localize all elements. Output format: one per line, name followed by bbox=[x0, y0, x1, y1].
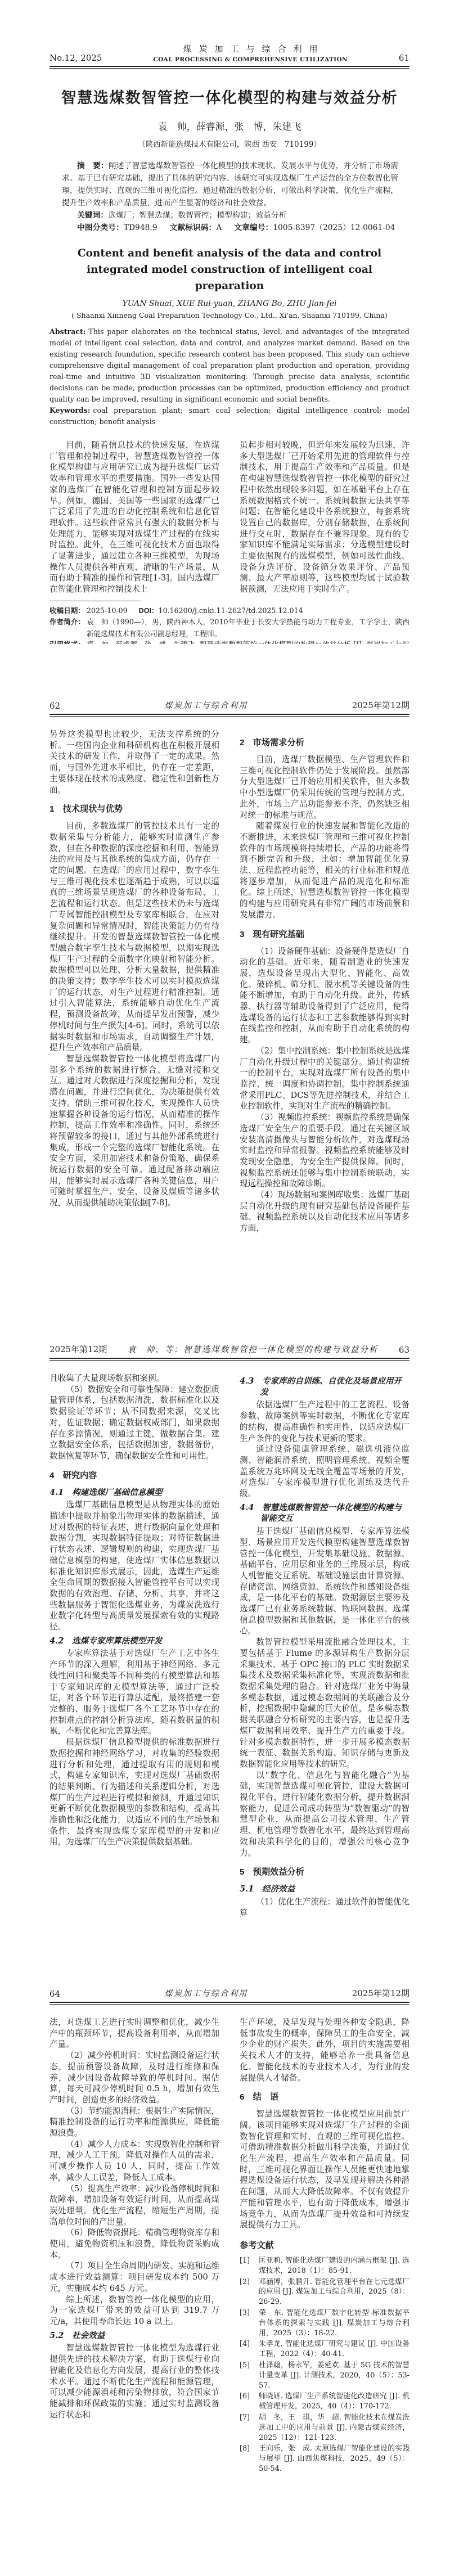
section-heading: 3 现有研究基础 bbox=[240, 928, 409, 940]
reference-text: 朱孝龙. 智能化选煤厂研究与建议 [J]. 中国设备工程，2022（4）：40-… bbox=[259, 2339, 409, 2359]
paragraph: 通过设备健康管理系统、磁选机液位监测、智能润滑系统、照明管理系统、视频全覆盖系统… bbox=[240, 1444, 409, 1499]
reference-number: [5] bbox=[240, 2361, 259, 2390]
footnote-bio: 作者简介：袁 帅（1990—），男，陕西神木人，2010年毕业于长安大学热能与动… bbox=[49, 616, 409, 639]
abstract-text: 阐述了智慧选煤数智管控一体化模型的技术现状、发展水平与优势，并分析了市场需求。基… bbox=[62, 161, 398, 208]
paragraph: 数智管控模型采用流批融合处理技术，主要包括基于 Flume 的多源异构生产数据分… bbox=[240, 1637, 409, 1769]
bio-text: 袁 帅（1990—），男，陕西神木人，2010年毕业于长安大学热能与动力工程专业… bbox=[87, 618, 409, 638]
journal-article-scan: No.12, 2025 煤炭加工与综合利用 COAL PROCESSING & … bbox=[0, 0, 459, 2576]
footnote-block: 收稿日期：2025-10-09DOI：10.16200/j.cnki.11-26… bbox=[49, 605, 409, 644]
reference-item: [6]师晓妍. 选煤厂生产系统智能化改造研究 [J]. 机械管理开发，2025，… bbox=[240, 2392, 409, 2412]
keywords-en-label: Keywords: bbox=[49, 406, 90, 415]
page-3: 2025年第12期 袁 帅，等：智慧选煤数智管控一体化模型的构建与效益分析 63… bbox=[0, 1288, 459, 1932]
section-heading: 参考文献 bbox=[240, 2239, 409, 2251]
issue-number: No.12, 2025 bbox=[49, 53, 102, 63]
reference-text: 荣 东. 智能化选煤厂数字化转型-标准数据平台体系的探索与实践 [J]. 煤炭加… bbox=[259, 2308, 409, 2338]
page-number: 63 bbox=[399, 1345, 409, 1355]
reference-item: [3]荣 东. 智能化选煤厂数字化转型-标准数据平台体系的探索与实践 [J]. … bbox=[240, 2308, 409, 2338]
section-heading: 2 市场需求分析 bbox=[240, 736, 409, 748]
keywords-text: 选煤厂；智慧选煤；数智管控；模型构建；效益分析 bbox=[108, 211, 286, 220]
article-id-label: 文章编号： bbox=[234, 223, 273, 232]
reference-item: [5]杜泽翰，杨永军，姜延欢. 基于 5G 技术的智慧计量变革 [J]. 计测技… bbox=[240, 2361, 409, 2390]
reference-item: [4]朱孝龙. 智能化选煤厂研究与建议 [J]. 中国设备工程，2022（4）：… bbox=[240, 2339, 409, 2359]
journal-header: No.12, 2025 煤炭加工与综合利用 COAL PROCESSING & … bbox=[49, 0, 409, 63]
paragraph: （6）降低物资损耗：精确管理物资库存和使用，避免物资积压和浪费，降低物资采购成本… bbox=[49, 2227, 219, 2260]
clc-label: 中图分类号： bbox=[77, 223, 124, 232]
journal-masthead: 煤炭加工与综合利用 COAL PROCESSING & COMPREHENSIV… bbox=[102, 43, 398, 63]
paragraph: 选煤厂基础信息模型是从物理实体的原始描述中提取并抽象出物理实体的数据描述，通过对… bbox=[49, 1499, 219, 1632]
affiliation-cn: （陕西新能选煤技术有限公司，陕西 西安 710199） bbox=[49, 138, 409, 149]
clc-line: 中图分类号：TD948.9文献标识码：A文章编号：1005-8397（2025）… bbox=[62, 222, 398, 234]
received-date: 2025-10-09 bbox=[87, 606, 128, 615]
received-label: 收稿日期： bbox=[49, 606, 87, 617]
header-rule bbox=[49, 714, 409, 717]
paragraph: （5）提高生产效率：减少设备停机时间和故障率，增加设备有效运行时间，从而提高煤炭… bbox=[49, 2183, 219, 2228]
section-heading: 4 研究内容 bbox=[49, 1469, 219, 1481]
subsection-heading: 4.1 构建选煤厂基础信息模型 bbox=[49, 1487, 219, 1498]
body-columns: 且收集了大量现场数据和案例。（5）数据安全和可靠性保障：建立数据质量管理体系，包… bbox=[49, 1373, 409, 1919]
footnote-citation: 引用格式：袁 帅，薛睿源，张 博，朱建飞. 智慧选煤数智管控一体化模型的构建与效… bbox=[49, 639, 409, 644]
paragraph: （1）设备硬件基础：设备硬件是选煤厂自动化的基础。近年来，随着制造业的快速发展，… bbox=[240, 946, 409, 1046]
paragraph: （4）现场数据和案例库收集：选煤厂基础层自动化升级的现有研究基础包括设备硬件基础… bbox=[240, 1190, 409, 1234]
paragraph: 另外这类模型也比较少，无法支撑系统的分析。一些国内企业和科研机构也在积极开展相关… bbox=[49, 729, 219, 795]
page-4: 64 煤炭加工与综合利用 2025年第12期 法，对选煤工艺进行实时调整和优化，… bbox=[0, 1932, 459, 2576]
section-heading: 1 技术现状与优势 bbox=[49, 803, 219, 814]
keywords-label: 关键词： bbox=[77, 211, 108, 219]
reference-text: 胡 冬，王 琪，华 超. 智能化技术在煤炭洗选加工中的应用与前景 [J]. 内蒙… bbox=[259, 2413, 409, 2443]
column-right: 4.3 专家库的自训练、自优化及场景应用开发依据选煤厂生产过程中的工艺流程、设备… bbox=[240, 1373, 409, 1919]
bio-label: 作者简介： bbox=[49, 617, 87, 628]
paragraph: 智慧选煤数智管控一体化模型为选煤行业提供先进的技术解决方案，有助于选煤行业向智能… bbox=[49, 2343, 219, 2420]
column-left: 且收集了大量现场数据和案例。（5）数据安全和可靠性保障：建立数据质量管理体系，包… bbox=[49, 1373, 219, 1919]
paragraph: （1）优化生产流程：通过软件的智能优化算 bbox=[240, 1897, 409, 1919]
abstract-cn-block: 摘 要：阐述了智慧选煤数智管控一体化模型的技术现状、发展水平与优势，并分析了市场… bbox=[62, 160, 398, 234]
column-left: 目前，随着信息技术的快速发展，在选煤厂管理和控制过程中，智慧选煤数智管控一体化模… bbox=[49, 440, 219, 595]
journal-title-en: COAL PROCESSING & COMPREHENSIVE UTILIZAT… bbox=[102, 56, 398, 63]
paragraph: （5）数据安全和可靠性保障：建立数据质量管理体系，包括数据清洗，数据标准化以及数… bbox=[49, 1384, 219, 1462]
paragraph: （3）节约能源消耗：根据生产实际情况，精准控制设备的运行功率和能源供应，降低能源… bbox=[49, 2106, 219, 2139]
paragraph: 基于选煤厂基础信息模型、专家库算法模型、场景应用开发迭代模型构建智慧选煤数智管控… bbox=[240, 1526, 409, 1637]
issue-cn: 2025年第12期 bbox=[49, 1343, 107, 1355]
column-left: 另外这类模型也比较少，无法支撑系统的分析。一些国内企业和科研机构也在积极开展相关… bbox=[49, 729, 219, 1234]
english-front-matter: Content and benefit analysis of the data… bbox=[49, 245, 409, 427]
reference-number: [8] bbox=[240, 2444, 259, 2474]
paragraph: 专家库算法基于对选煤厂生产工艺中各生产环节的深入理解，利用基于神经网络、多元线性… bbox=[49, 1648, 219, 1737]
column-right: 生产环境，及早发现与处理各种安全隐患，降低事故发生的概率，保障员工的生命安全，减… bbox=[240, 2017, 409, 2475]
reference-text: 王向乐，张 成. 太原选煤厂智能化建设的实践与展望 [J]. 山西焦煤科技，20… bbox=[259, 2444, 409, 2474]
paragraph: 智慧选煤数智管控一体化模型将选煤厂内部多个系统的数据进行整合、无缝对接和交互。通… bbox=[49, 1053, 219, 1209]
paragraph: （2）集中控制系统：集中控制系统是选煤厂自动化升级过程中的关键部分。通过构建统一… bbox=[240, 1046, 409, 1112]
article-title-cn: 智慧选煤数智管控一体化模型的构建与效益分析 bbox=[49, 85, 409, 107]
subsection-heading: 4.2 选煤专家库算法模型开发 bbox=[49, 1636, 219, 1647]
column-left: 法，对选煤工艺进行实时调整和优化，减少生产中的瓶颈环节，提高设备利用率，从而增加… bbox=[49, 2017, 219, 2475]
header-rule bbox=[49, 1358, 409, 1361]
body-columns: 法，对选煤工艺进行实时调整和优化，减少生产中的瓶颈环节，提高设备利用率，从而增加… bbox=[49, 2017, 409, 2475]
paragraph: 依据选煤厂生产过程中的工艺流程、设备参数、故障案例等实时数据，不断优化专家库的结… bbox=[240, 1399, 409, 1444]
keywords-en-text: coal preparation plant; smart coal selec… bbox=[49, 406, 409, 426]
paragraph: 随着煤炭行业的快速发展和智能化改造的不断推进，未来选煤厂管理和三维可视化控制软件… bbox=[240, 821, 409, 920]
reference-item: [1]匡亚莉. 智能化选煤厂建设的内涵与框架 [J]. 选煤技术，2018（1）… bbox=[240, 2256, 409, 2276]
column-right: 2 市场需求分析目前，选煤厂数据模型、生产管理软件和三维可视化控制软件仍处于发展… bbox=[240, 729, 409, 1234]
abstract-en-text: This paper elaborates on the technical s… bbox=[49, 327, 409, 403]
abstract-label: 摘 要： bbox=[77, 161, 109, 170]
article-id-value: 1005-8397（2025）12-0061-04 bbox=[273, 223, 395, 232]
header-rule bbox=[49, 66, 409, 69]
subsection-heading: 4.4 智慧选煤数智管控一体化模型的构建与智能交互 bbox=[240, 1502, 409, 1524]
journal-title-cn: 煤炭加工与综合利用 bbox=[60, 1987, 352, 1999]
reference-number: [4] bbox=[240, 2339, 259, 2359]
doc-code-label: 文献标识码： bbox=[170, 223, 217, 232]
paragraph: 法，对选煤工艺进行实时调整和优化，减少生产中的瓶颈环节，提高设备利用率，从而增加… bbox=[49, 2017, 219, 2050]
citation-label: 引用格式： bbox=[49, 640, 87, 644]
citation-text: 袁 帅，薛睿源，张 博，朱建飞. 智慧选煤数智管控一体化模型的构建与效益分析 [… bbox=[87, 640, 409, 644]
reference-item: [2]邓涵博，张鹏升. 智能化管理平台在七元选煤厂的应用 [J]. 煤炭加工与综… bbox=[240, 2277, 409, 2307]
paragraph: 虽起步相对较晚，但近年来发展较为迅速，许多大型选煤厂已开始采用先进的管理软件与控… bbox=[240, 440, 409, 595]
reference-number: [3] bbox=[240, 2308, 259, 2338]
paragraph: （7）项目全生命周期内研发、实施和运维成本进行效益测算：项目研发成本约 500 … bbox=[49, 2260, 219, 2294]
authors-cn: 袁 帅，薛睿源，张 博，朱建飞 bbox=[49, 119, 409, 133]
reference-number: [6] bbox=[240, 2392, 259, 2412]
reference-number: [2] bbox=[240, 2277, 259, 2307]
journal-title-cn: 煤炭加工与综合利用 bbox=[60, 699, 352, 711]
page-number: 61 bbox=[399, 53, 409, 63]
abstract-en: Abstract:This paper elaborates on the te… bbox=[49, 326, 409, 405]
issue-cn: 2025年第12期 bbox=[352, 699, 409, 711]
journal-title-cn: 煤炭加工与综合利用 bbox=[102, 43, 398, 55]
authors-en: YUAN Shuai, XUE Rui-yuan, ZHANG Bo, ZHU … bbox=[49, 299, 409, 308]
page-number: 62 bbox=[49, 701, 60, 711]
reference-text: 杜泽翰，杨永军，姜延欢. 基于 5G 技术的智慧计量变革 [J]. 计测技术，2… bbox=[259, 2361, 409, 2390]
page-1: No.12, 2025 煤炭加工与综合利用 COAL PROCESSING & … bbox=[0, 0, 459, 644]
reference-item: [7]胡 冬，王 琪，华 超. 智能化技术在煤炭洗选加工中的应用与前景 [J].… bbox=[240, 2413, 409, 2443]
paragraph: 目前，选煤厂数据模型、生产管理软件和三维可视化控制软件仍处于发展阶段。虽然部分大… bbox=[240, 754, 409, 821]
reference-item: [8]王向乐，张 成. 太原选煤厂智能化建设的实践与展望 [J]. 山西焦煤科技… bbox=[240, 2444, 409, 2474]
reference-number: [7] bbox=[240, 2413, 259, 2443]
subsection-heading: 5.2 社会效益 bbox=[49, 2330, 219, 2341]
paragraph: 以“数字化、信息化与智能化融合”为基础，实现智慧选煤可视化管控，建设大数据可视化… bbox=[240, 1770, 409, 1859]
clc-value: TD948.9 bbox=[124, 223, 157, 232]
column-right: 虽起步相对较晚，但近年来发展较为迅速，许多大型选煤厂已开始采用先进的管理软件与控… bbox=[240, 440, 409, 595]
keywords-cn: 关键词：选煤厂；智慧选煤；数智管控；模型构建；效益分析 bbox=[62, 209, 398, 222]
paragraph: 目前，多数选煤厂的管控技术具有一定的数据采集与分析能力，能够实时监测生产参数，但… bbox=[49, 821, 219, 1053]
subsection-heading: 5.1 经济效益 bbox=[240, 1884, 409, 1895]
paragraph: 生产环境，及早发现与处理各种安全隐患，降低事故发生的概率，保障员工的生命安全，减… bbox=[240, 2017, 409, 2083]
abstract-en-label: Abstract: bbox=[49, 327, 85, 336]
reference-number: [1] bbox=[240, 2256, 259, 2276]
journal-header: 64 煤炭加工与综合利用 2025年第12期 bbox=[49, 1932, 409, 1999]
paragraph: 且收集了大量现场数据和案例。 bbox=[49, 1373, 219, 1384]
paragraph: （2）减少停机时间：实时监测设备运行状态，提前预警设备故障，及时进行维修和保养，… bbox=[49, 2050, 219, 2106]
paragraph: （3）视频监控系统：视频监控系统是确保选煤厂安全生产的重要手段。通过在关键区域安… bbox=[240, 1112, 409, 1190]
body-columns: 目前，随着信息技术的快速发展，在选煤厂管理和控制过程中，智慧选煤数智管控一体化模… bbox=[49, 440, 409, 595]
body-columns: 另外这类模型也比较少，无法支撑系统的分析。一些国内企业和科研机构也在积极开展相关… bbox=[49, 729, 409, 1234]
reference-text: 邓涵博，张鹏升. 智能化管理平台在七元选煤厂的应用 [J]. 煤炭加工与综合利用… bbox=[259, 2277, 409, 2307]
reference-text: 匡亚莉. 智能化选煤厂建设的内涵与框架 [J]. 选煤技术，2018（1）：85… bbox=[259, 2256, 409, 2276]
header-rule bbox=[49, 2002, 409, 2005]
affiliation-en: ( Shaanxi Xinneng Coal Preparation Techn… bbox=[49, 311, 409, 319]
subsection-heading: 4.3 专家库的自训练、自优化及场景应用开发 bbox=[240, 1376, 409, 1398]
article-title-en: Content and benefit analysis of the data… bbox=[69, 245, 390, 294]
doi-label: DOI： bbox=[139, 607, 159, 615]
paragraph: 综上所述，数智管控一体化模型的应用，为一家选煤厂带来的效益可达到 319.7 万… bbox=[49, 2294, 219, 2327]
issue-cn: 2025年第12期 bbox=[352, 1987, 409, 1999]
abstract-cn: 摘 要：阐述了智慧选煤数智管控一体化模型的技术现状、发展水平与优势，并分析了市场… bbox=[62, 160, 398, 209]
section-heading: 6 结 语 bbox=[240, 2091, 409, 2102]
footnote-received: 收稿日期：2025-10-09DOI：10.16200/j.cnki.11-26… bbox=[49, 605, 409, 617]
section-heading: 5 预期效益分析 bbox=[240, 1866, 409, 1877]
page-2: 62 煤炭加工与综合利用 2025年第12期 另外这类模型也比较少，无法支撑系统… bbox=[0, 644, 459, 1288]
paragraph: 目前，随着信息技术的快速发展，在选煤厂管理和控制过程中，智慧选煤数智管控一体化模… bbox=[49, 440, 219, 595]
doi-value: 10.16200/j.cnki.11-2627/td.2025.12.014 bbox=[159, 606, 303, 615]
journal-header: 2025年第12期 袁 帅，等：智慧选煤数智管控一体化模型的构建与效益分析 63 bbox=[49, 1288, 409, 1355]
keywords-en: Keywords:coal preparation plant; smart c… bbox=[49, 405, 409, 427]
paragraph: 智慧选煤数智管控一体化模型应用前景广阔。该项目能够实现对选煤厂生产过程的全面数智… bbox=[240, 2109, 409, 2231]
reference-text: 师晓妍. 选煤厂生产系统智能化改造研究 [J]. 机械管理开发，2025，40（… bbox=[259, 2392, 409, 2412]
page-number: 64 bbox=[49, 1989, 60, 1999]
running-head: 袁 帅，等：智慧选煤数智管控一体化模型的构建与效益分析 bbox=[107, 1343, 399, 1355]
journal-header: 62 煤炭加工与综合利用 2025年第12期 bbox=[49, 644, 409, 711]
footnote-rule bbox=[49, 601, 141, 601]
doc-code-value: A bbox=[216, 223, 222, 232]
paragraph: 根据选煤厂信息模型提供的标准数据进行数据挖掘和神经网络学习，对收集的经验数据进行… bbox=[49, 1737, 219, 1848]
paragraph: （4）减少人力成本：实现数智化控制和管理，减少人工干预，降低对操作人员的需求，可… bbox=[49, 2139, 219, 2183]
